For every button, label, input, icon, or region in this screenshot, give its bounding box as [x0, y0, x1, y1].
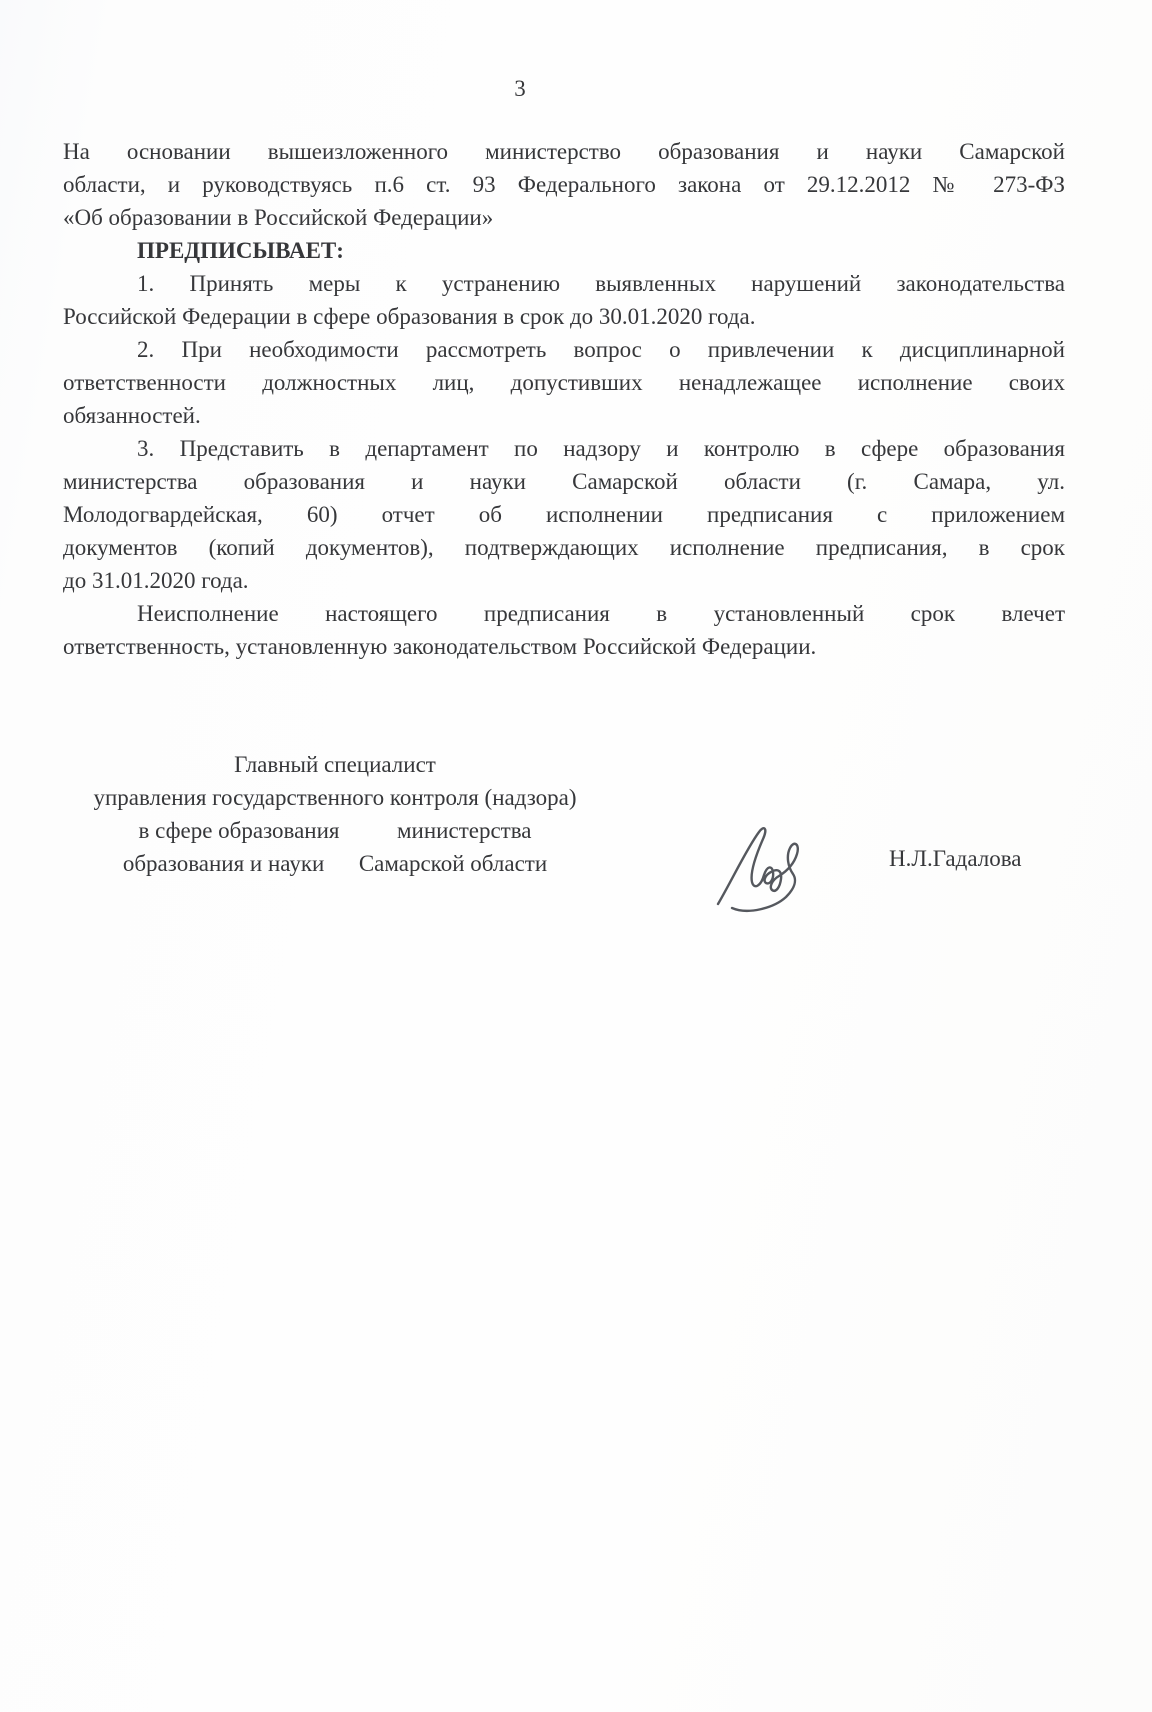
signature-position-line: Главный специалист — [73, 748, 597, 781]
page-number: 3 — [0, 72, 1040, 105]
text-line: обязанностей. — [63, 399, 1065, 432]
signature-position-line: в сфере образования министерства — [73, 814, 597, 847]
handwritten-signature — [703, 818, 863, 918]
text-line: документов (копий документов), подтвержд… — [63, 531, 1065, 564]
document-page: 3 На основании вышеизложенного министерс… — [0, 0, 1152, 1712]
text-line: Российской Федерации в сфере образования… — [63, 300, 1065, 333]
paragraph-item-3: 3. Представить в департамент по надзору … — [63, 432, 1065, 597]
text-line: 3. Представить в департамент по надзору … — [63, 432, 1065, 465]
text-line: 1. Принять меры к устранению выявленных … — [63, 267, 1065, 300]
text-line: ответственности должностных лиц, допусти… — [63, 366, 1065, 399]
signature-position-line: образования и науки Самарской области — [73, 847, 597, 880]
signature-stroke — [718, 828, 798, 911]
paragraph-closing: Неисполнение настоящего предписания в ус… — [63, 597, 1065, 663]
paragraph-item-2: 2. При необходимости рассмотреть вопрос … — [63, 333, 1065, 432]
text-line: ответственность, установленную законодат… — [63, 630, 1065, 663]
text-line: Молодогвардейская, 60) отчет об исполнен… — [63, 498, 1065, 531]
text-line: до 31.01.2020 года. — [63, 564, 1065, 597]
text-line: ПРЕДПИСЫВАЕТ: — [63, 234, 1065, 267]
text-line: 2. При необходимости рассмотреть вопрос … — [63, 333, 1065, 366]
text-line: На основании вышеизложенного министерств… — [63, 135, 1065, 168]
document-body: На основании вышеизложенного министерств… — [63, 135, 1065, 663]
text-line: министерства образования и науки Самарск… — [63, 465, 1065, 498]
paragraph-intro: На основании вышеизложенного министерств… — [63, 135, 1065, 234]
signature-position-line: управления государственного контроля (на… — [73, 781, 597, 814]
text-line: Неисполнение настоящего предписания в ус… — [63, 597, 1065, 630]
signature-position-block: Главный специалиступравления государстве… — [73, 748, 597, 880]
paragraph-decree-heading: ПРЕДПИСЫВАЕТ: — [63, 234, 1065, 267]
text-line: области, и руководствуясь п.6 ст. 93 Фед… — [63, 168, 1065, 201]
text-line: «Об образовании в Российской Федерации» — [63, 201, 1065, 234]
paragraph-item-1: 1. Принять меры к устранению выявленных … — [63, 267, 1065, 333]
signatory-name: Н.Л.Гадалова — [889, 842, 1022, 875]
